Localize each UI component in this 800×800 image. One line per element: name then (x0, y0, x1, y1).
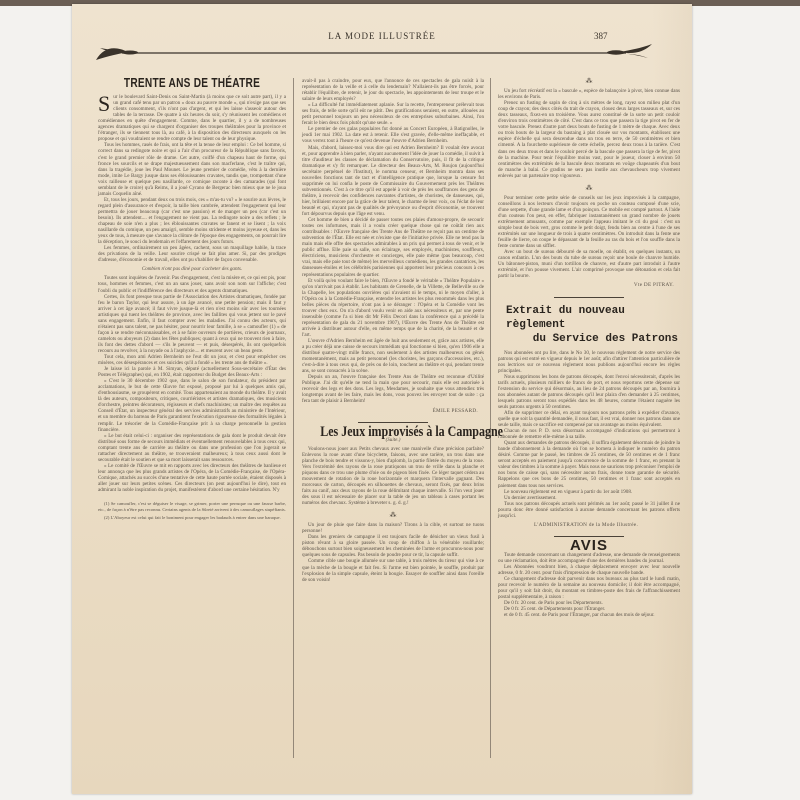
paragraph: ur le boulevard Saint-Denis ou Saint-Mar… (98, 94, 286, 142)
signature-pessard: ÉMILE PESSARD. (302, 408, 478, 414)
signature-pitray: Vte DE PITRAY. (498, 282, 674, 288)
signature-administration: L'ADMINISTRATION de la Mode Illustrée. (498, 522, 674, 528)
paragraph: Prenez un fusting de sapin de cinq à six… (498, 100, 680, 179)
paragraph: avait-il pas à craindre, pour eux, que l… (302, 78, 484, 102)
paragraph: Mais, d'abord, laissez-moi vous dire qui… (302, 145, 484, 218)
paragraph: Et voilà qu'en voulant faire le bien, l'… (302, 278, 484, 338)
paragraph: Un jeu fort récréatif est la « bascule »… (498, 88, 680, 100)
paragraph: Toute demande concernant un changement d… (498, 552, 680, 564)
paragraph: Et, tous les jours, pendant deux ou troi… (98, 197, 286, 245)
column-divider-1 (293, 78, 294, 758)
paragraph: Comme cible une bougie allumée sur une t… (302, 558, 484, 582)
article-title-reglement-line2: du Service des Patrons (498, 332, 680, 346)
paragraph: « C'est le 30 décembre 1902 que, dans le… (98, 378, 286, 432)
paragraph: Toutes sont inquiètes de l'avenir. Pas d… (98, 275, 286, 293)
paragraph: Quant aux demandes de patrons découpés, … (498, 440, 680, 488)
column-1: TRENTE ANS DE THÉATRE Sur le boulevard S… (98, 78, 286, 521)
column-divider-2 (490, 78, 491, 758)
footnotes: (1) Se camoufler, c'est se déguiser le v… (98, 501, 286, 521)
header-ornament-rule (94, 40, 654, 64)
paragraph: « La difficulté fut immédiatement aplani… (302, 102, 484, 126)
paragraph: Pour terminer cette petite série de cons… (498, 195, 680, 249)
paragraph: Les Abonnées voudront bien, à chaque dép… (498, 564, 680, 576)
paragraph: Un jour de pluie que faire dans la maiso… (302, 522, 484, 534)
footnote: (2) L'Aboyeur est celui qui fait le boni… (98, 515, 286, 521)
paragraph: et de 0 fr. 45 cent. de Paris pour l'Étr… (498, 612, 680, 618)
asterism-icon: ⁂ (498, 185, 680, 191)
paragraph: Afin de supprimer ce délai, en ayant tou… (498, 410, 680, 428)
newspaper-page: LA MODE ILLUSTRÉE 387 TRENTE ANS DE THÉA… (72, 4, 692, 794)
paragraph: Ce changement d'adresse doit parvenir da… (498, 576, 680, 600)
paragraph: Chacun de nos P. D. sera désormais accom… (498, 428, 680, 440)
paragraph: Nos abonnées ont pu lire, dans le No 30,… (498, 350, 680, 374)
paragraph: « Le comité de l'Œuvre se mit en rapport… (98, 463, 286, 493)
paragraph: Je laisse ici la parole à M. Simyan, dép… (98, 366, 286, 378)
paragraph: Nous supprimons les bons de patrons déco… (498, 374, 680, 410)
column-3: ⁂ Un jeu fort récréatif est la « bascule… (498, 78, 680, 618)
paragraph: Depuis un an, l'œuvre française des Tren… (302, 374, 484, 404)
paragraph: Tout cela, mon ami Adrien Bernheim ne l'… (98, 354, 286, 366)
paragraph: Avec un bout de sureau débourré de sa mo… (498, 249, 680, 279)
column-2: avait-il pas à craindre, pour eux, que l… (302, 78, 484, 583)
avis-title: AVIS (498, 543, 680, 549)
paragraph: Dans les greniers de campagne il est tou… (302, 534, 484, 558)
paragraph: Le nouveau règlement est en vigueur à pa… (498, 489, 680, 495)
paragraph: L'œuvre d'Adrien Bernheim est âgée de hu… (302, 338, 484, 374)
paragraph: Les femmes, ordinairement un peu âgées, … (98, 245, 286, 263)
paragraph: « Le but était celui-ci : organiser des … (98, 433, 286, 463)
footnote: (1) Se camoufler, c'est se déguiser le v… (98, 501, 286, 512)
drop-cap: S (98, 95, 110, 113)
italic-line: Combien n'ont pas dîné pour s'acheter de… (98, 266, 286, 272)
paragraph: Le premier de ces galas populaires fut d… (302, 126, 484, 144)
article-title-trente-ans: TRENTE ANS DE THÉATRE (119, 80, 266, 86)
article-title-reglement-line1: Extrait du nouveau règlement (498, 304, 680, 332)
article-title-jeux: Les Jeux improvisés à la Campagne (320, 429, 466, 435)
asterism-icon: ⁂ (498, 78, 680, 84)
separator-rule (554, 297, 624, 298)
paragraph: Voulons-nous jouer aux Petits chevaux av… (302, 446, 484, 506)
paragraph: Tous les hommes, rasés de frais, ont la … (98, 142, 286, 196)
paragraph: Cet homme de bien a décidé de passer tou… (302, 217, 484, 277)
paragraph: Tous nos patrons découpés actuels sont p… (498, 501, 680, 519)
asterism-icon: ⁂ (302, 512, 484, 518)
separator-rule (358, 422, 428, 423)
paragraph: Certes, ils font presque tous partie de … (98, 294, 286, 354)
